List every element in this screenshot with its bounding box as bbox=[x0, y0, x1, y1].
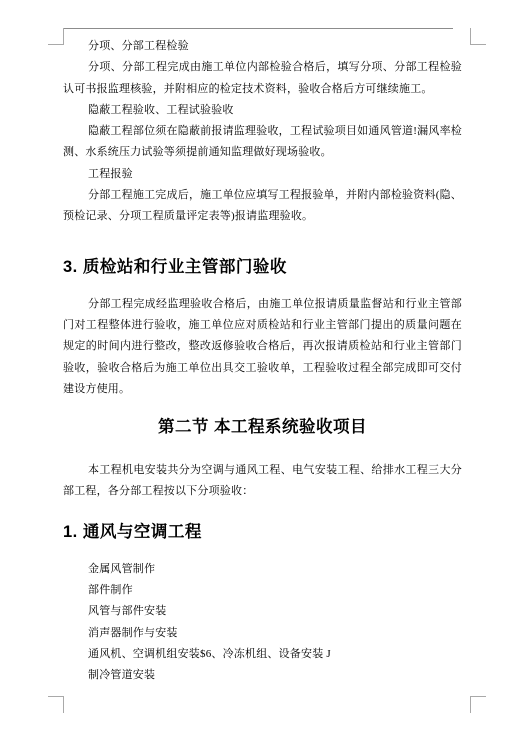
paragraph: 工程报验 bbox=[63, 164, 462, 185]
paragraph: 分项、分部工程检验 bbox=[63, 36, 462, 57]
list-item: 制冷管道安装 bbox=[63, 665, 462, 686]
list-item: 消声器制作与安装 bbox=[63, 623, 462, 644]
paragraph: 隐蔽工程部位须在隐蔽前报请监理验收，工程试验项目如通风管道!漏风率检测、水系统压… bbox=[63, 121, 462, 164]
list-item: 金属风管制作 bbox=[63, 559, 462, 580]
paragraph: 分部工程完成经监理验收合格后，由施工单位报请质量监督站和行业主管部门对工程整体进… bbox=[63, 294, 462, 400]
paragraph: 本工程机电安装共分为空调与通风工程、电气安装工程、给排水工程三大分部工程，各分部… bbox=[63, 460, 462, 503]
list-item: 通风机、空调机组安装$6、冷冻机组、设备安装 J bbox=[63, 644, 462, 665]
paragraph: 分项、分部工程完成由施工单位内部检验合格后，填写分项、分部工程检验认可书报监理核… bbox=[63, 57, 462, 100]
list-item: 部件制作 bbox=[63, 580, 462, 601]
subsection-heading: 1. 通风与空调工程 bbox=[63, 521, 462, 543]
margin-crop-mark-top-right bbox=[470, 28, 486, 45]
margin-crop-mark-bottom-left bbox=[48, 696, 64, 713]
list-item: 风管与部件安装 bbox=[63, 601, 462, 622]
document-page[interactable]: 分项、分部工程检验 分项、分部工程完成由施工单位内部检验合格后，填写分项、分部工… bbox=[0, 0, 526, 744]
text-boundary-rule bbox=[64, 28, 453, 29]
document-text-area[interactable]: 分项、分部工程检验 分项、分部工程完成由施工单位内部检验合格后，填写分项、分部工… bbox=[63, 36, 462, 687]
section-heading: 第二节 本工程系统验收项目 bbox=[63, 416, 462, 438]
paragraph: 分部工程施工完成后，施工单位应填写工程报验单，并附内部检验资料(隐、预检记录、分… bbox=[63, 185, 462, 228]
margin-crop-mark-top-left bbox=[48, 28, 64, 45]
subsection-heading: 3. 质检站和行业主管部门验收 bbox=[63, 256, 462, 278]
margin-crop-mark-bottom-right bbox=[470, 696, 486, 713]
paragraph: 隐蔽工程验收、工程试验验收 bbox=[63, 100, 462, 121]
